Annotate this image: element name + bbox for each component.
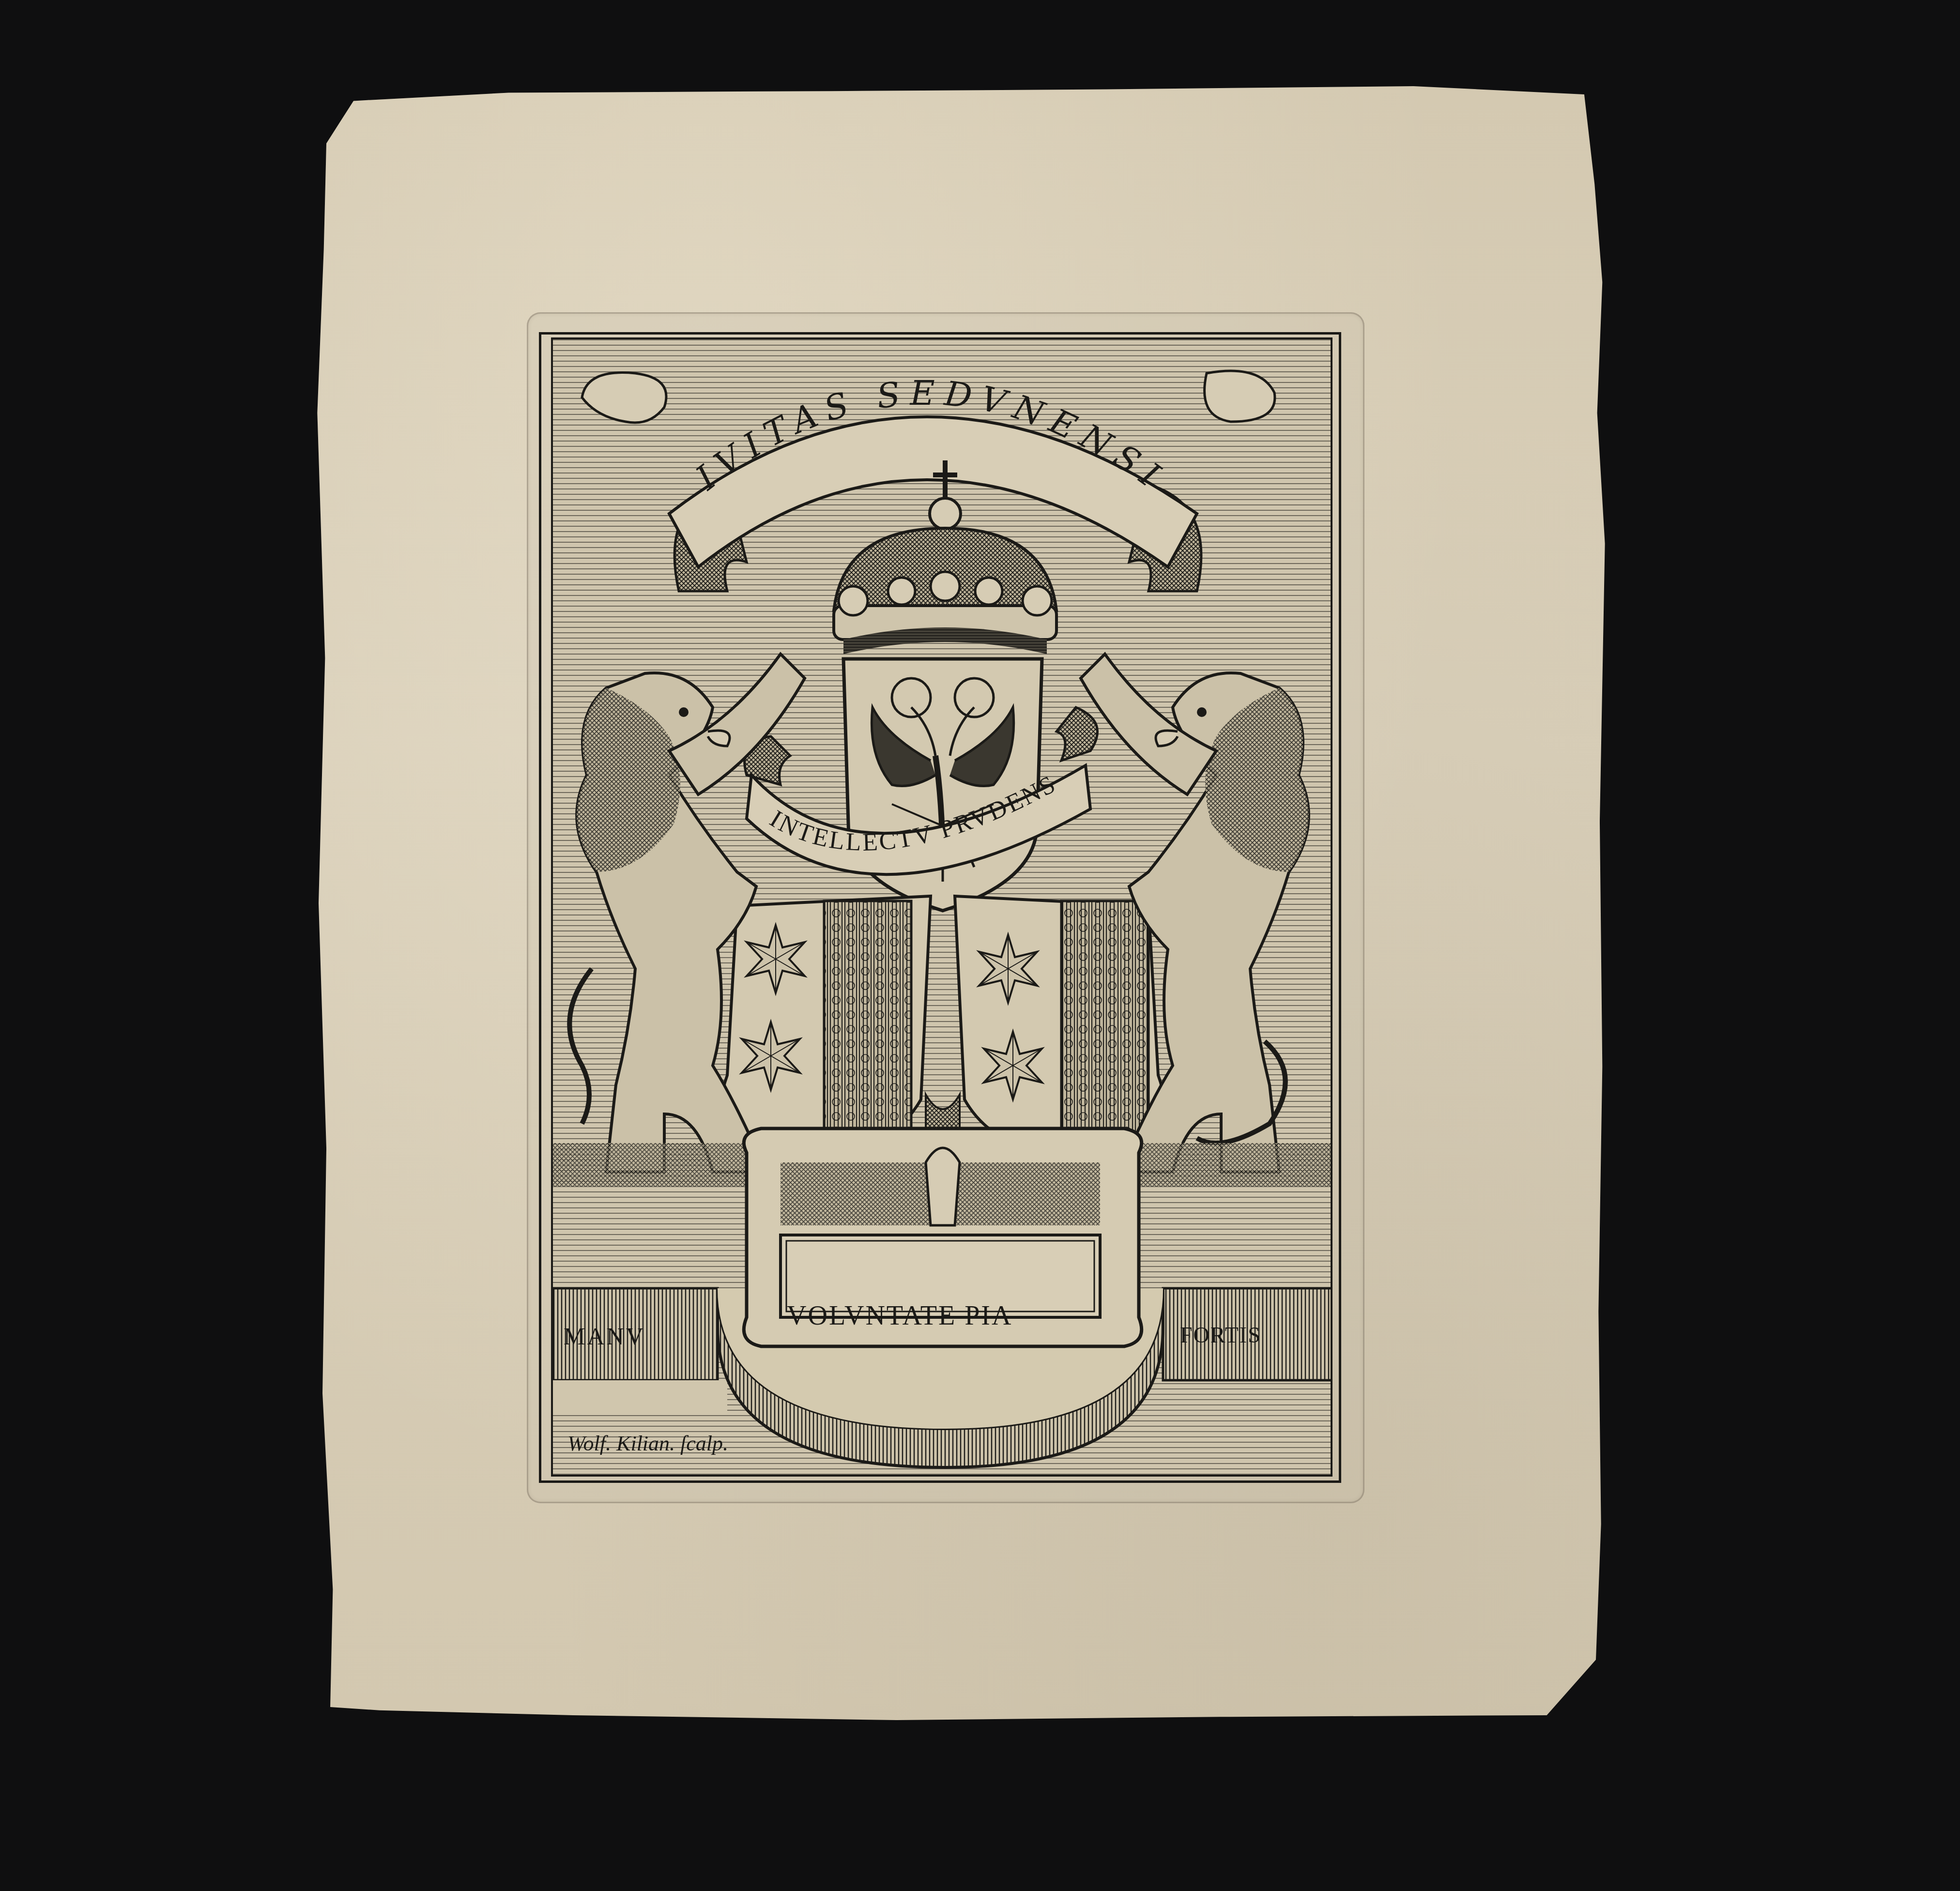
cartouche-motto: VOLVNTATE PIA — [787, 1300, 1012, 1331]
lower-shields — [722, 896, 1164, 1143]
engraver-signature: Wolf. Kilian. ſcalp. — [567, 1431, 728, 1456]
engraving-image: CIVITAS SEDVNENSIS — [551, 337, 1332, 1477]
base-inscription-right: FORTIS — [1180, 1322, 1261, 1348]
base-inscription-left: MANV — [564, 1322, 645, 1350]
